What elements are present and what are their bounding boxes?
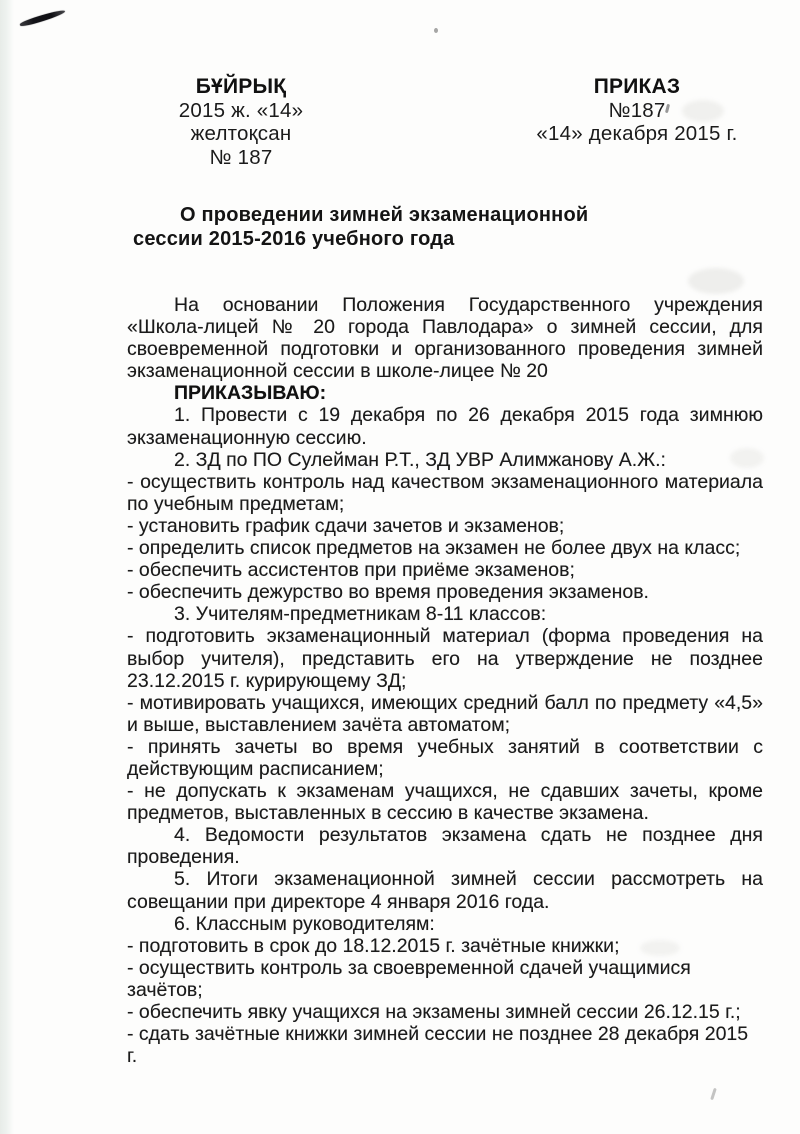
body-line: экзаменационной сессии в школе-лицее № 2… [127, 360, 763, 382]
body-line: совещании при директоре 4 января 2016 го… [127, 891, 763, 913]
scanner-edge-shadow [0, 0, 14, 1134]
document-body: На основании Положения Государственного … [127, 294, 763, 1067]
order-date-russian: «14» декабря 2015 г. [524, 122, 750, 146]
body-line: и выше, выставлением зачёта автоматом; [127, 714, 763, 736]
body-line: - определить список предметов на экзамен… [127, 537, 763, 559]
body-line: - принять зачеты во время учебных заняти… [127, 736, 763, 758]
body-line: проведения. [127, 846, 763, 868]
body-line: На основании Положения Государственного … [127, 294, 763, 316]
body-line: 4. Ведомости результатов экзамена сдать … [127, 824, 763, 846]
scan-noise-dot [434, 28, 438, 33]
scanned-order-page: БҰЙРЫҚ 2015 ж. «14» желтоқсан № 187 ПРИК… [0, 0, 800, 1134]
order-number-kazakh: № 187 [128, 146, 354, 170]
body-line: выбор учителя), представить его на утвер… [127, 648, 763, 670]
body-line: 1. Провести с 19 декабря по 26 декабря 2… [127, 404, 763, 426]
header-russian-block: ПРИКАЗ №187 «14» декабря 2015 г. [524, 75, 750, 146]
subject-line: сессии 2015-2016 учебного года [133, 227, 623, 251]
body-line: 5. Итоги экзаменационной зимней сессии р… [127, 868, 763, 890]
body-line: - подготовить в срок до 18.12.2015 г. за… [127, 935, 763, 957]
body-line: - обеспечить дежурство во время проведен… [127, 581, 763, 603]
body-line: - обеспечить ассистентов при приёме экза… [127, 559, 763, 581]
pen-stroke-mark [19, 8, 66, 27]
body-line: действующим расписанием; [127, 758, 763, 780]
body-line: - подготовить экзаменационный материал (… [127, 625, 763, 647]
body-line: - обеспечить явку учащихся на экзамены з… [127, 1001, 763, 1023]
body-line: 6. Классным руководителям: [127, 913, 763, 935]
prikazyvayu-heading: ПРИКАЗЫВАЮ: [127, 382, 763, 404]
body-line: - мотивировать учащихся, имеющих средний… [127, 692, 763, 714]
body-line: «Школа-лицей № 20 города Павлодара» о зи… [127, 316, 763, 338]
body-line: 23.12.2015 г. курирующему ЗД; [127, 670, 763, 692]
body-line: 3. Учителям-предметникам 8-11 классов: [127, 603, 763, 625]
body-line: - не допускать к экзаменам учащихся, не … [127, 780, 763, 802]
body-line: 2. ЗД по ПО Сулейман Р.Т., ЗД УВР Алимжа… [127, 449, 763, 471]
subject-line: О проведении зимней экзаменационной [133, 203, 623, 227]
body-line: предметов, выставленных в сессию в качес… [127, 802, 763, 824]
body-line: своевременной подготовки и организованно… [127, 338, 763, 360]
body-line: экзаменационную сессию. [127, 427, 763, 449]
order-date-kazakh: 2015 ж. «14» желтоқсан [128, 99, 354, 146]
order-number-russian: №187 [524, 99, 750, 123]
order-title-russian: ПРИКАЗ [524, 75, 750, 99]
header-kazakh-block: БҰЙРЫҚ 2015 ж. «14» желтоқсан № 187 [128, 75, 354, 169]
body-line: - установить график сдачи зачетов и экза… [127, 515, 763, 537]
order-title-kazakh: БҰЙРЫҚ [128, 75, 354, 99]
body-line: - сдать зачётные книжки зимней сессии не… [127, 1023, 763, 1067]
body-line: по учебным предметам; [127, 493, 763, 515]
document-subject: О проведении зимней экзаменационной сесс… [133, 203, 623, 251]
body-line: - осуществить контроль над качеством экз… [127, 471, 763, 493]
body-line: - осуществить контроль за своевременной … [127, 957, 763, 1001]
scan-noise-tick [710, 1088, 717, 1100]
scan-noise-smudge [688, 268, 744, 294]
